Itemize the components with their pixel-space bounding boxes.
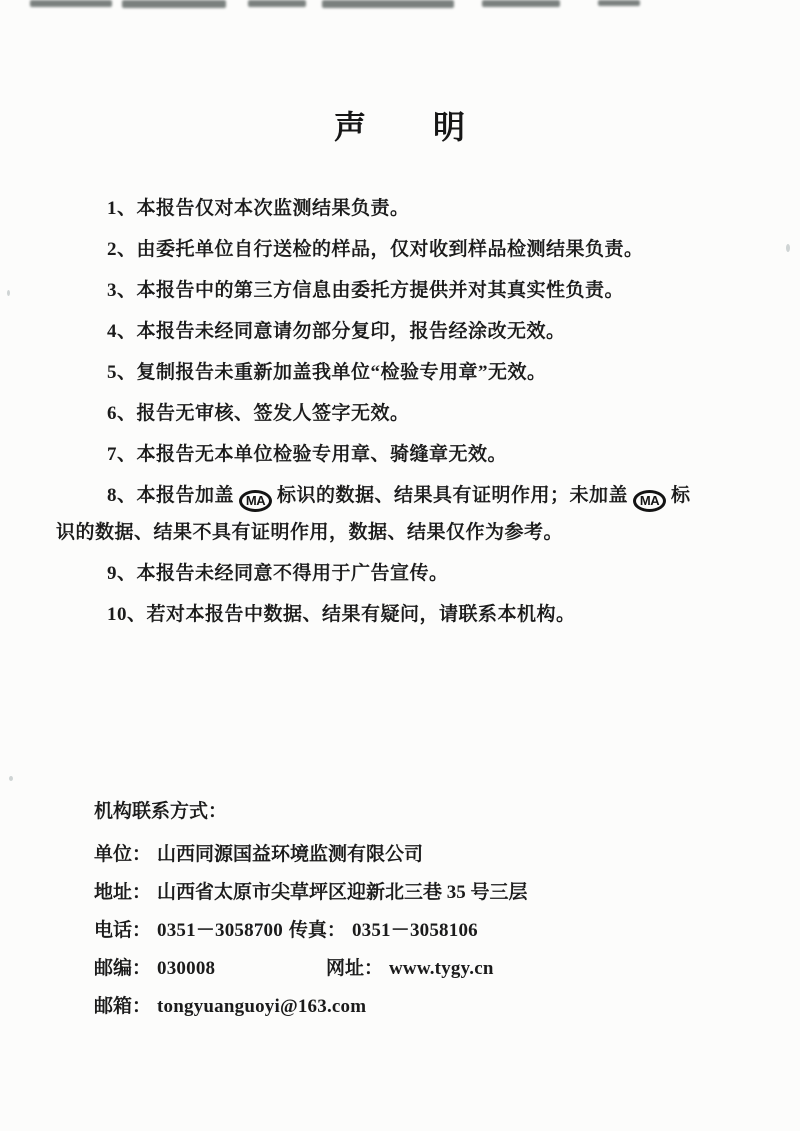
address-label: 地址： — [94, 882, 151, 903]
cma-mark-icon: MA — [633, 490, 666, 512]
postcode-pair: 邮编：030008 — [94, 957, 326, 981]
website-value: www.tygy.cn — [389, 958, 494, 979]
scan-cutoff-artifact — [30, 0, 640, 9]
email-value: tongyuanguoyi@163.com — [157, 996, 366, 1017]
phone-label: 电话： — [94, 920, 151, 941]
cma-mark-letters: MA — [640, 493, 659, 508]
statement-item-1: 1、本报告仅对本次监测结果负责。 — [56, 190, 750, 227]
scan-speck — [7, 290, 10, 296]
item8-text-line2: 识的数据、结果不具有证明作用，数据、结果仅作为参考。 — [56, 522, 563, 543]
contact-row-phone-fax: 电话：0351－3058700传真：0351－3058106 — [94, 919, 740, 943]
contact-row-email: 邮箱：tongyuanguoyi@163.com — [94, 995, 740, 1019]
artifact-segment — [598, 0, 640, 6]
statement-item-7: 7、本报告无本单位检验专用章、骑缝章无效。 — [56, 436, 750, 473]
cma-mark-icon: MA — [239, 490, 272, 512]
artifact-segment — [122, 0, 226, 8]
contact-row-postcode-website: 邮编：030008网址：www.tygy.cn — [94, 957, 740, 981]
artifact-segment — [248, 0, 306, 7]
postcode-label: 邮编： — [94, 958, 151, 979]
artifact-segment — [322, 0, 454, 8]
statement-item-2: 2、由委托单位自行送检的样品，仅对收到样品检测结果负责。 — [56, 231, 750, 268]
statement-item-5: 5、复制报告未重新加盖我单位“检验专用章”无效。 — [56, 354, 750, 391]
postcode-value: 030008 — [157, 958, 215, 979]
artifact-segment — [30, 0, 112, 7]
statement-item-10: 10、若对本报告中数据、结果有疑问，请联系本机构。 — [56, 596, 750, 633]
contact-heading: 机构联系方式： — [94, 796, 740, 823]
fax-value: 0351－3058106 — [352, 920, 478, 941]
item8-text: 标 — [671, 485, 691, 506]
scan-speck — [786, 244, 790, 252]
statement-item-4: 4、本报告未经同意请勿部分复印，报告经涂改无效。 — [56, 313, 750, 350]
artifact-segment — [482, 0, 560, 7]
statement-item-6: 6、报告无审核、签发人签字无效。 — [56, 395, 750, 432]
cma-mark-letters: MA — [246, 493, 265, 508]
email-label: 邮箱： — [94, 996, 151, 1017]
item8-text: 8、本报告加盖 — [107, 485, 234, 506]
scanned-statement-page: 声 明 1、本报告仅对本次监测结果负责。 2、由委托单位自行送检的样品，仅对收到… — [0, 0, 800, 1131]
contact-block: 机构联系方式： 单位：山西同源国益环境监测有限公司 地址：山西省太原市尖草坪区迎… — [94, 796, 740, 1033]
page-title: 声 明 — [0, 102, 800, 148]
fax-label: 传真： — [289, 920, 346, 941]
website-label: 网址： — [326, 958, 383, 979]
phone-value: 0351－3058700 — [157, 920, 283, 941]
scan-speck — [9, 776, 13, 781]
unit-value: 山西同源国益环境监测有限公司 — [157, 844, 423, 865]
unit-label: 单位： — [94, 844, 151, 865]
contact-row-unit: 单位：山西同源国益环境监测有限公司 — [94, 843, 740, 867]
contact-row-address: 地址：山西省太原市尖草坪区迎新北三巷 35 号三层 — [94, 881, 740, 905]
statement-item-8: 8、本报告加盖MA标识的数据、结果具有证明作用；未加盖MA标识的数据、结果不具有… — [56, 477, 750, 551]
item8-text: 标识的数据、结果具有证明作用；未加盖 — [277, 485, 628, 506]
address-value: 山西省太原市尖草坪区迎新北三巷 35 号三层 — [157, 882, 528, 903]
statement-item-3: 3、本报告中的第三方信息由委托方提供并对其真实性负责。 — [56, 272, 750, 309]
statement-item-9: 9、本报告未经同意不得用于广告宣传。 — [56, 555, 750, 592]
statement-list: 1、本报告仅对本次监测结果负责。 2、由委托单位自行送检的样品，仅对收到样品检测… — [56, 190, 750, 637]
